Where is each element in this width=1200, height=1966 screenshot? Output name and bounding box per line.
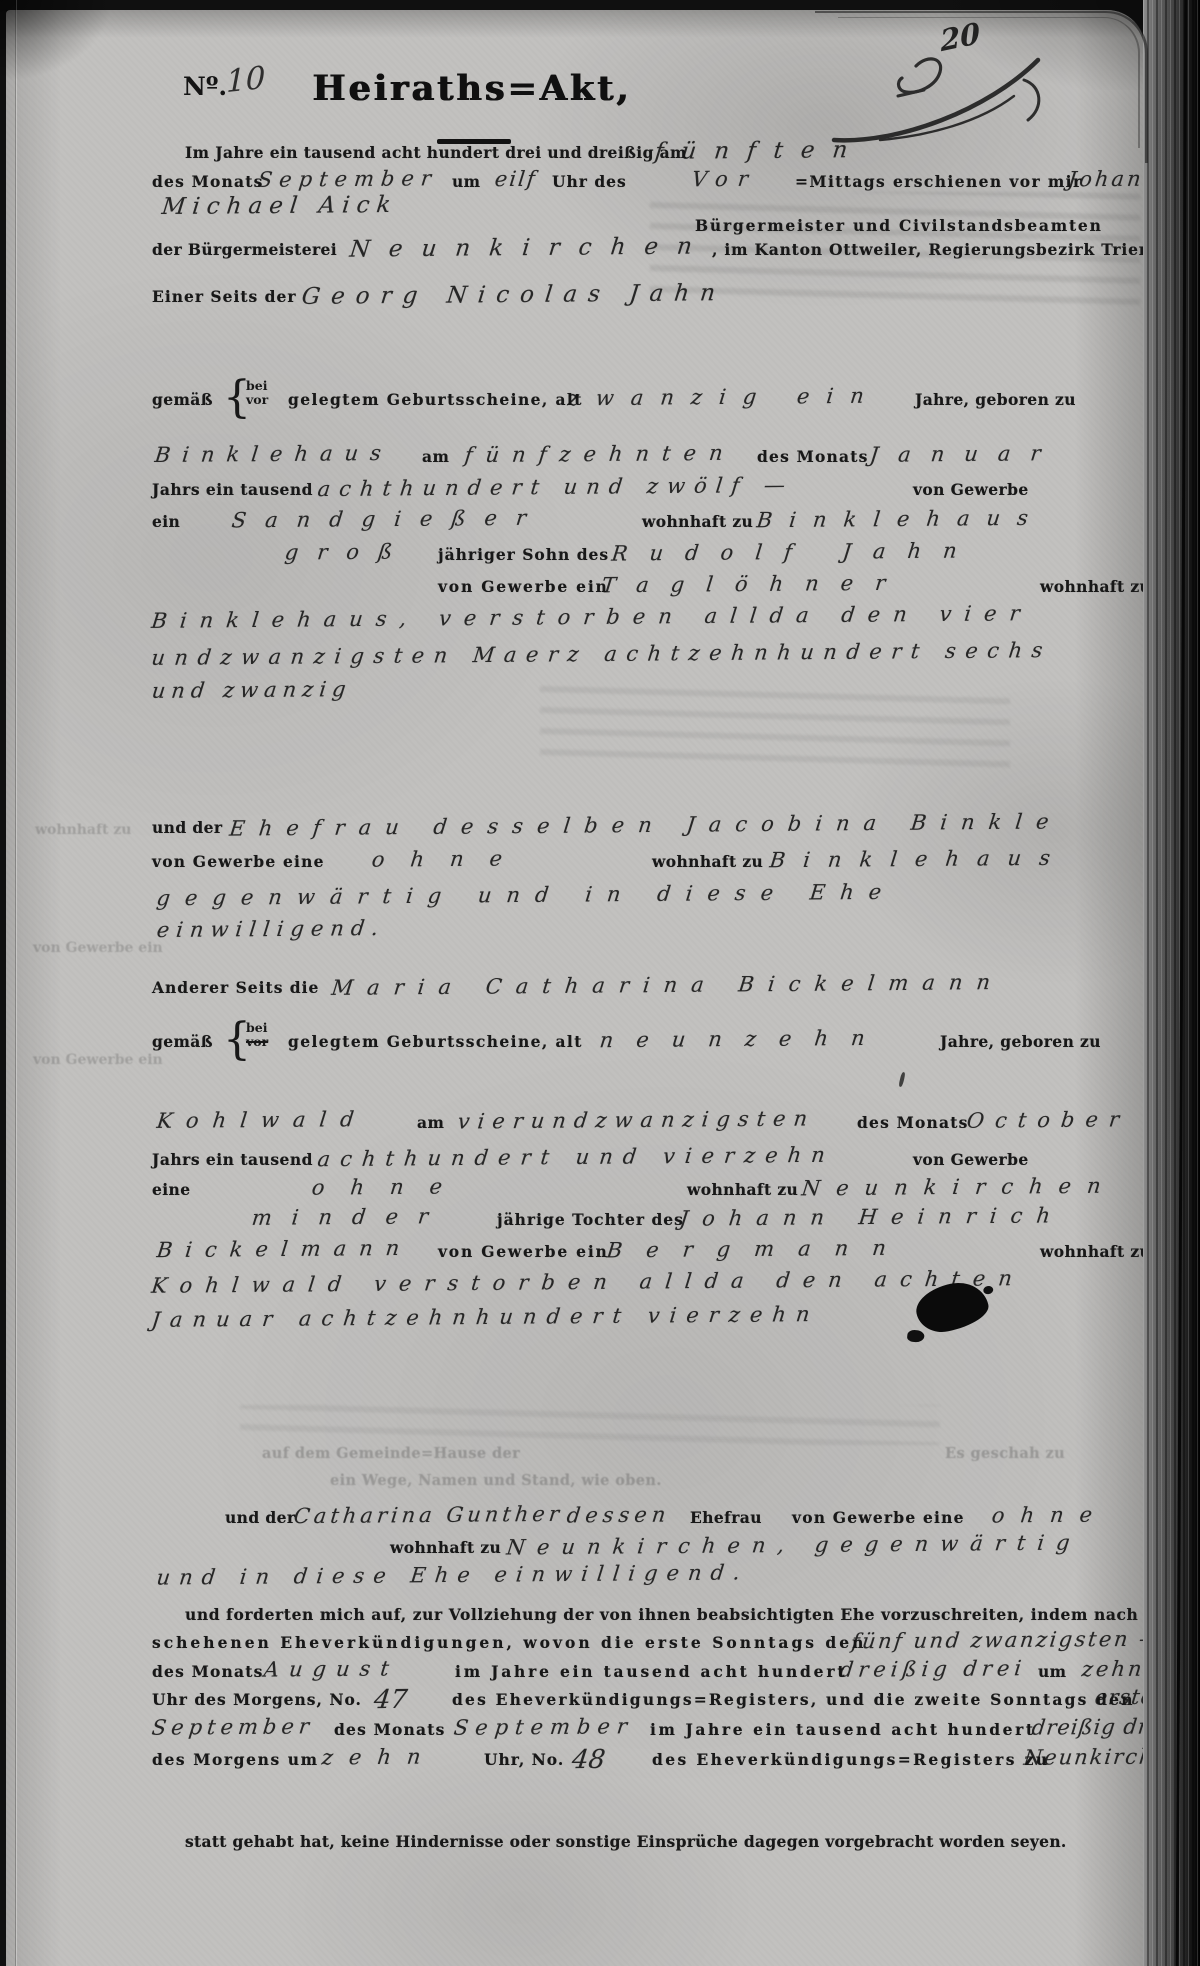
bleedthrough-fragment: von Gewerbe ein [33,940,163,956]
book-binding-edge [1143,0,1200,1966]
bleedthrough-fragment: wohnhaft zu [35,822,132,838]
bleedthrough-fragment: von Gewerbe ein [33,1052,163,1068]
margin-fragments: wohnhaft zuvon Gewerbe einvon Gewerbe ei… [0,0,1200,1966]
scanned-register-page: Nº. 10 Heiraths=Akt, 20 Im Jahre ein tau… [0,0,1200,1966]
